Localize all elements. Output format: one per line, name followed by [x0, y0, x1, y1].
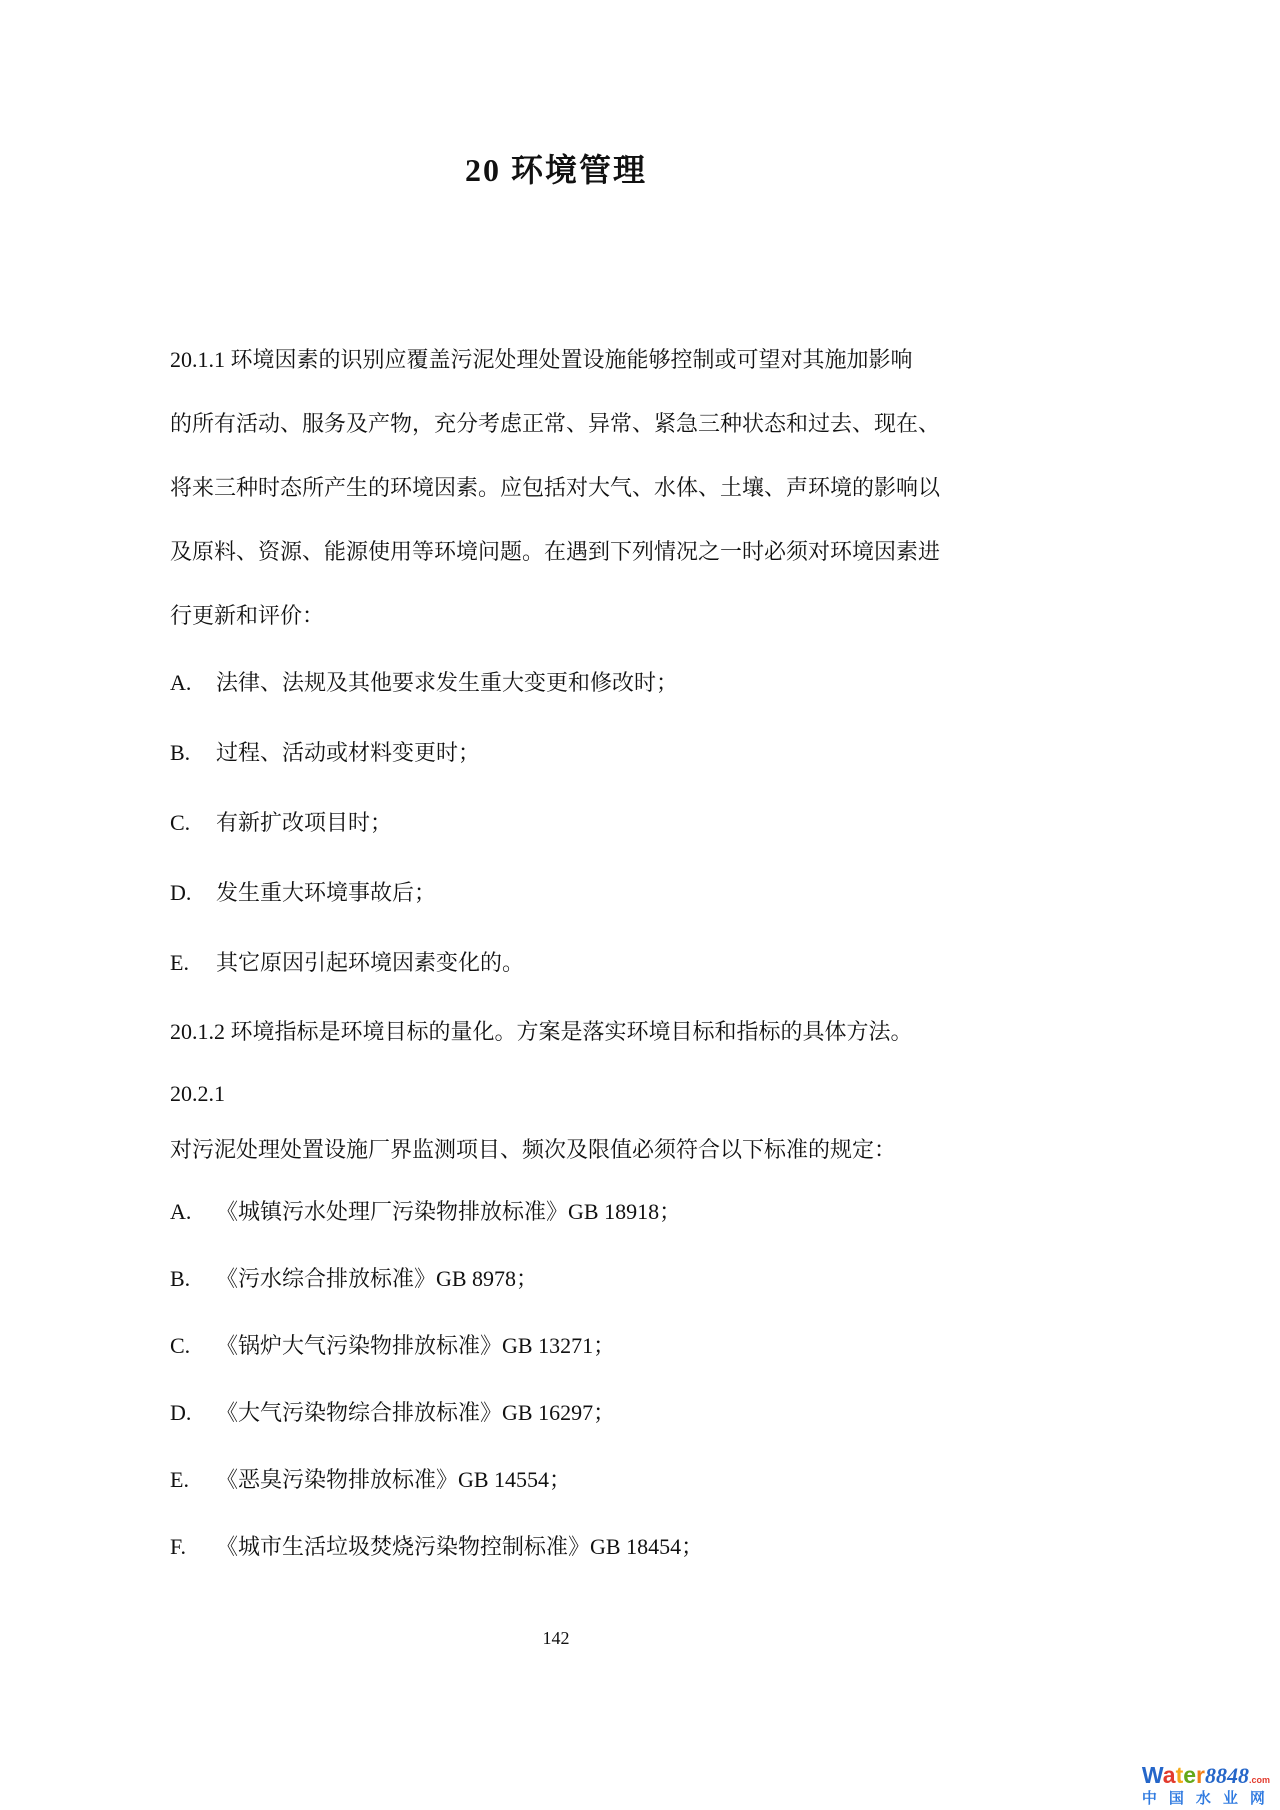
list-item: B. 过程、活动或材料变更时；: [170, 718, 942, 788]
paragraph-20-2-1-number: 20.2.1: [170, 1066, 942, 1122]
text-line: 行更新和评价：: [170, 584, 942, 648]
text-column: 20 环境管理 20.1.1 环境因素的识别应覆盖污泥处理处置设施能够控制或可望…: [170, 140, 942, 1580]
paragraph-20-1-1: 20.1.1 环境因素的识别应覆盖污泥处理处置设施能够控制或可望对其施加影响 的…: [170, 328, 942, 648]
list-item-label: B.: [170, 718, 216, 788]
paragraph-20-1-2: 20.1.2 环境指标是环境目标的量化。方案是落实环境目标和指标的具体方法。: [170, 998, 942, 1066]
list-item: A. 法律、法规及其他要求发生重大变更和修改时；: [170, 648, 942, 718]
list-item: F. 《城市生活垃圾焚烧污染物控制标准》GB 18454；: [170, 1513, 942, 1580]
watermark-tagline: 中国水业网: [1142, 1791, 1280, 1806]
list-standards: A. 《城镇污水处理厂污染物排放标准》GB 18918； B. 《污水综合排放标…: [170, 1178, 942, 1580]
list-item-label: C.: [170, 788, 216, 858]
watermark-brand-word: Water: [1142, 1762, 1205, 1788]
page-number: 142: [170, 1628, 942, 1649]
list-item-label: A.: [170, 648, 216, 718]
list-item-text: 其它原因引起环境因素变化的。: [216, 928, 942, 998]
list-item: E. 其它原因引起环境因素变化的。: [170, 928, 942, 998]
list-item-label: F.: [170, 1513, 216, 1580]
list-item-text: 《城市生活垃圾焚烧污染物控制标准》GB 18454；: [216, 1513, 942, 1580]
list-item-text: 《恶臭污染物排放标准》GB 14554；: [216, 1446, 942, 1513]
list-item-text: 有新扩改项目时；: [216, 788, 942, 858]
list-item-text: 法律、法规及其他要求发生重大变更和修改时；: [216, 648, 942, 718]
watermark-brand-row: Water8848.com: [1142, 1764, 1270, 1787]
list-item-label: E.: [170, 1446, 216, 1513]
list-item-text: 《污水综合排放标准》GB 8978；: [216, 1245, 942, 1312]
list-item: D. 发生重大环境事故后；: [170, 858, 942, 928]
list-item: B. 《污水综合排放标准》GB 8978；: [170, 1245, 942, 1312]
list-item-label: C.: [170, 1312, 216, 1379]
list-item-label: E.: [170, 928, 216, 998]
brand-letter: e: [1183, 1762, 1196, 1788]
list-item: D. 《大气污染物综合排放标准》GB 16297；: [170, 1379, 942, 1446]
page-title: 20 环境管理: [170, 140, 942, 200]
list-update-conditions: A. 法律、法规及其他要求发生重大变更和修改时； B. 过程、活动或材料变更时；…: [170, 648, 942, 998]
brand-letter: r: [1196, 1762, 1205, 1788]
text-line: 将来三种时态所产生的环境因素。应包括对大气、水体、土壤、声环境的影响以: [170, 456, 942, 520]
list-item-text: 发生重大环境事故后；: [216, 858, 942, 928]
brand-letter: a: [1163, 1762, 1176, 1788]
list-item-label: A.: [170, 1178, 216, 1245]
list-item-label: D.: [170, 1379, 216, 1446]
list-item-text: 过程、活动或材料变更时；: [216, 718, 942, 788]
list-item: C. 《锅炉大气污染物排放标准》GB 13271；: [170, 1312, 942, 1379]
list-item: A. 《城镇污水处理厂污染物排放标准》GB 18918；: [170, 1178, 942, 1245]
list-item-text: 《大气污染物综合排放标准》GB 16297；: [216, 1379, 942, 1446]
watermark-brand-number: 8848: [1205, 1763, 1249, 1788]
text-line: 20.1.1 环境因素的识别应覆盖污泥处理处置设施能够控制或可望对其施加影响: [170, 328, 942, 392]
list-item-text: 《锅炉大气污染物排放标准》GB 13271；: [216, 1312, 942, 1379]
text-line: 及原料、资源、能源使用等环境问题。在遇到下列情况之一时必须对环境因素进: [170, 520, 942, 584]
brand-letter: W: [1142, 1762, 1163, 1788]
list-item-label: B.: [170, 1245, 216, 1312]
list-item-text: 《城镇污水处理厂污染物排放标准》GB 18918；: [216, 1178, 942, 1245]
text-line: 的所有活动、服务及产物，充分考虑正常、异常、紧急三种状态和过去、现在、: [170, 392, 942, 456]
document-page: 20 环境管理 20.1.1 环境因素的识别应覆盖污泥处理处置设施能够控制或可望…: [0, 0, 1280, 1810]
paragraph-20-2-1-intro: 对污泥处理处置设施厂界监测项目、频次及限值必须符合以下标准的规定：: [170, 1122, 942, 1178]
list-item: C. 有新扩改项目时；: [170, 788, 942, 858]
watermark-brand-tld: .com: [1249, 1775, 1270, 1785]
list-item-label: D.: [170, 858, 216, 928]
list-item: E. 《恶臭污染物排放标准》GB 14554；: [170, 1446, 942, 1513]
watermark-logo: Water8848.com 中国水业网: [1142, 1764, 1270, 1806]
